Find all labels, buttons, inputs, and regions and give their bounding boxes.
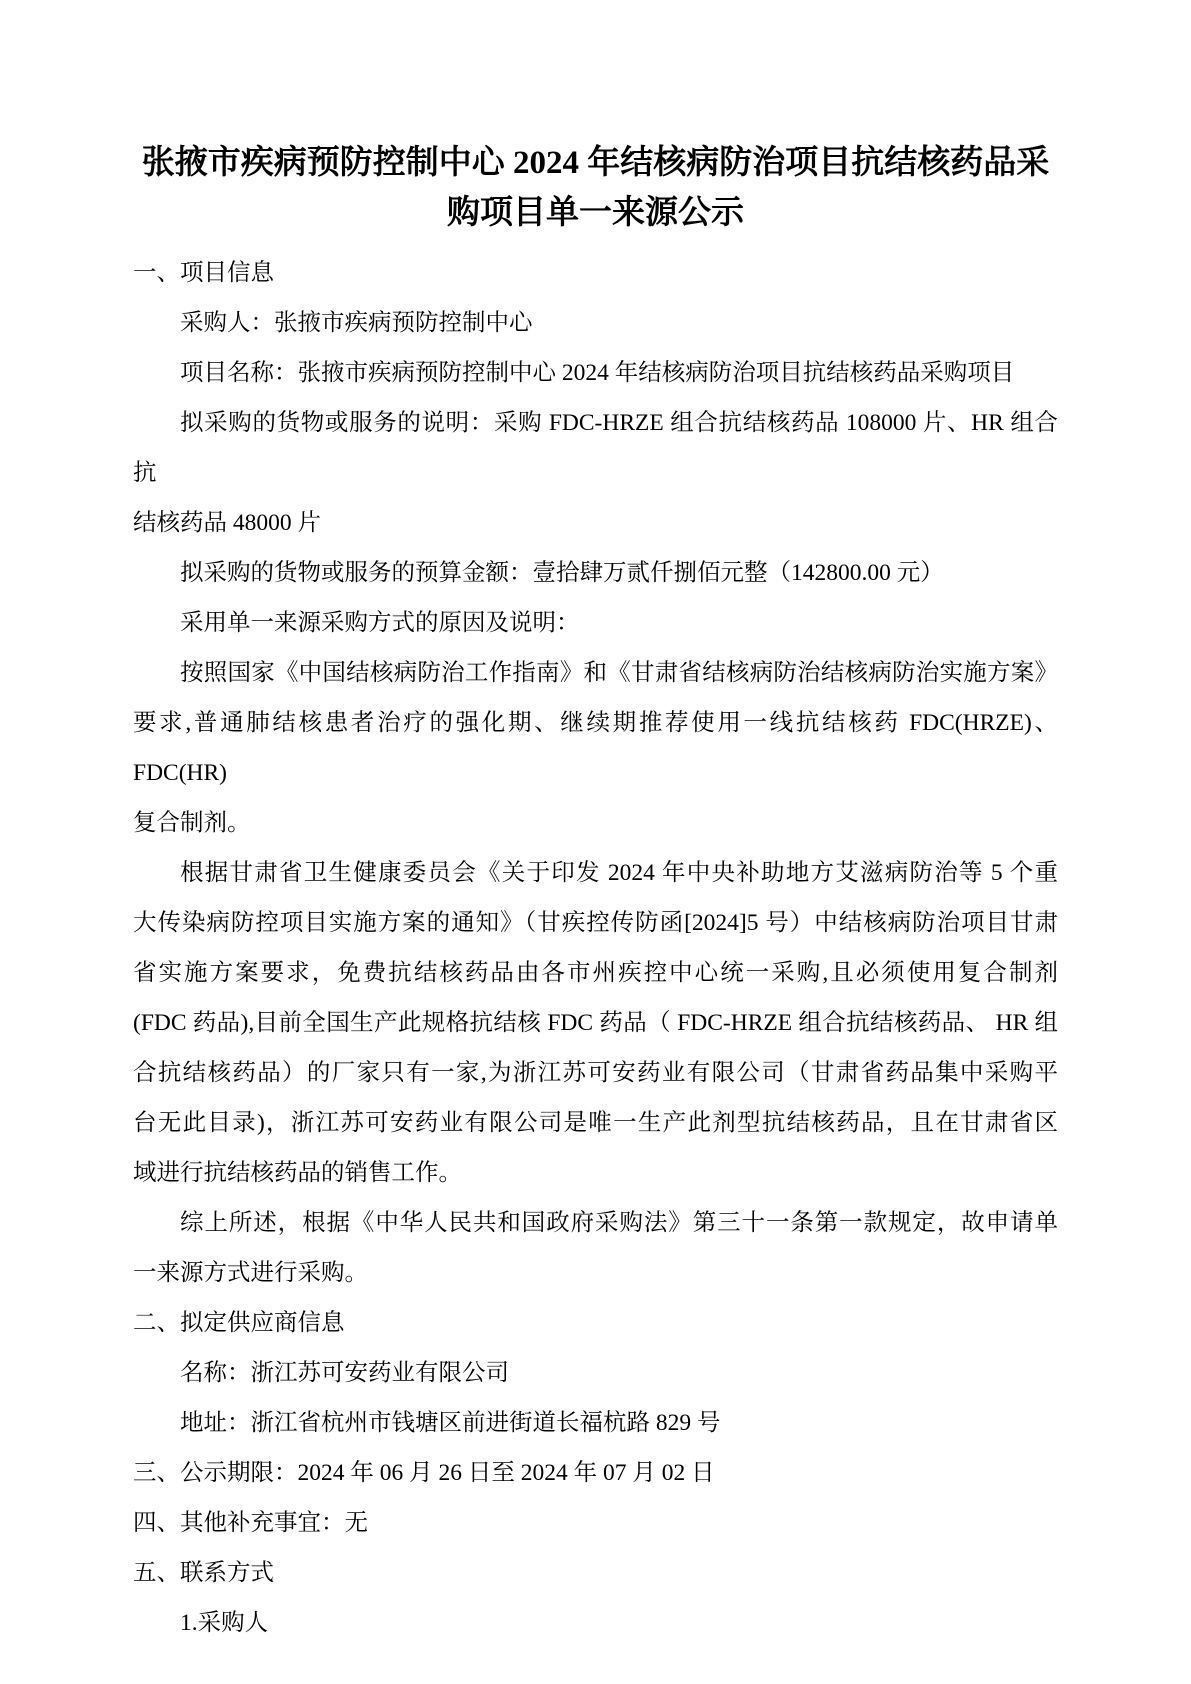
text-line: 三、公示期限：2024 年 06 月 26 日至 2024 年 07 月 02 … — [133, 1448, 1058, 1498]
text-line: 拟采购的货物或服务的说明：采购 FDC-HRZE 组合抗结核药品 108000 … — [133, 398, 1058, 498]
paragraph-6: 采用单一来源采购方式的原因及说明： — [133, 598, 1058, 648]
paragraph-11: 名称：浙江苏可安药业有限公司 — [133, 1348, 1058, 1398]
text-line: 要求,普通肺结核患者治疗的强化期、继续期推荐使用一线抗结核药 FDC(HRZE)… — [133, 698, 1058, 798]
text-line: 合抗结核药品）的厂家只有一家,为浙江苏可安药业有限公司（甘肃省药品集中采购平 — [133, 1048, 1058, 1098]
text-line: 采购人：张掖市疾病预防控制中心 — [133, 298, 1058, 348]
document-page: 张掖市疾病预防控制中心 2024 年结核病防治项目抗结核药品采 购项目单一来源公… — [0, 0, 1191, 1684]
paragraph-7: 按照国家《中国结核病防治工作指南》和《甘肃省结核病防治结核病防治实施方案》要求,… — [133, 648, 1058, 848]
paragraph-3: 项目名称：张掖市疾病预防控制中心 2024 年结核病防治项目抗结核药品采购项目 — [133, 348, 1058, 398]
document-title-line-1: 张掖市疾病预防控制中心 2024 年结核病防治项目抗结核药品采 — [133, 138, 1058, 188]
text-line: 按照国家《中国结核病防治工作指南》和《甘肃省结核病防治结核病防治实施方案》 — [133, 648, 1058, 698]
text-line: (FDC 药品),目前全国生产此规格抗结核 FDC 药品（ FDC-HRZE 组… — [133, 998, 1058, 1048]
text-line: 省实施方案要求，免费抗结核药品由各市州疾控中心统一采购,且必须使用复合制剂 — [133, 948, 1058, 998]
text-line: 综上所述，根据《中华人民共和国政府采购法》第三十一条第一款规定，故申请单 — [133, 1198, 1058, 1248]
text-line: 采用单一来源采购方式的原因及说明： — [133, 598, 1058, 648]
text-line: 项目名称：张掖市疾病预防控制中心 2024 年结核病防治项目抗结核药品采购项目 — [133, 348, 1058, 398]
text-line: 拟采购的货物或服务的预算金额：壹拾肆万贰仟捌佰元整（142800.00 元） — [133, 548, 1058, 598]
text-line: 五、联系方式 — [133, 1548, 1058, 1598]
text-line: 名称：浙江苏可安药业有限公司 — [133, 1348, 1058, 1398]
text-line: 一来源方式进行采购。 — [133, 1248, 1058, 1298]
text-line: 一、项目信息 — [133, 248, 1058, 298]
paragraph-12: 地址：浙江省杭州市钱塘区前进街道长福杭路 829 号 — [133, 1398, 1058, 1448]
paragraph-15: 五、联系方式 — [133, 1548, 1058, 1598]
text-line: 域进行抗结核药品的销售工作。 — [133, 1148, 1058, 1198]
paragraph-13: 三、公示期限：2024 年 06 月 26 日至 2024 年 07 月 02 … — [133, 1448, 1058, 1498]
paragraph-16: 1.采购人 — [133, 1598, 1058, 1648]
document-title: 张掖市疾病预防控制中心 2024 年结核病防治项目抗结核药品采 购项目单一来源公… — [133, 138, 1058, 238]
text-line: 四、其他补充事宜：无 — [133, 1498, 1058, 1548]
paragraph-9: 综上所述，根据《中华人民共和国政府采购法》第三十一条第一款规定，故申请单一来源方… — [133, 1198, 1058, 1298]
text-line: 根据甘肃省卫生健康委员会《关于印发 2024 年中央补助地方艾滋病防治等 5 个… — [133, 848, 1058, 898]
text-line: 二、拟定供应商信息 — [133, 1298, 1058, 1348]
text-line: 结核药品 48000 片 — [133, 498, 1058, 548]
text-line: 1.采购人 — [133, 1598, 1058, 1648]
document-body: 一、项目信息采购人：张掖市疾病预防控制中心项目名称：张掖市疾病预防控制中心 20… — [133, 248, 1058, 1648]
paragraph-8: 根据甘肃省卫生健康委员会《关于印发 2024 年中央补助地方艾滋病防治等 5 个… — [133, 848, 1058, 1198]
paragraph-4: 拟采购的货物或服务的说明：采购 FDC-HRZE 组合抗结核药品 108000 … — [133, 398, 1058, 548]
document-title-line-2: 购项目单一来源公示 — [133, 188, 1058, 238]
text-line: 大传染病防控项目实施方案的通知》（甘疾控传防函[2024]5 号）中结核病防治项… — [133, 898, 1058, 948]
paragraph-14: 四、其他补充事宜：无 — [133, 1498, 1058, 1548]
text-line: 台无此目录)，浙江苏可安药业有限公司是唯一生产此剂型抗结核药品，且在甘肃省区 — [133, 1098, 1058, 1148]
text-line: 地址：浙江省杭州市钱塘区前进街道长福杭路 829 号 — [133, 1398, 1058, 1448]
paragraph-5: 拟采购的货物或服务的预算金额：壹拾肆万贰仟捌佰元整（142800.00 元） — [133, 548, 1058, 598]
paragraph-2: 采购人：张掖市疾病预防控制中心 — [133, 298, 1058, 348]
text-line: 复合制剂。 — [133, 798, 1058, 848]
paragraph-10: 二、拟定供应商信息 — [133, 1298, 1058, 1348]
paragraph-1: 一、项目信息 — [133, 248, 1058, 298]
